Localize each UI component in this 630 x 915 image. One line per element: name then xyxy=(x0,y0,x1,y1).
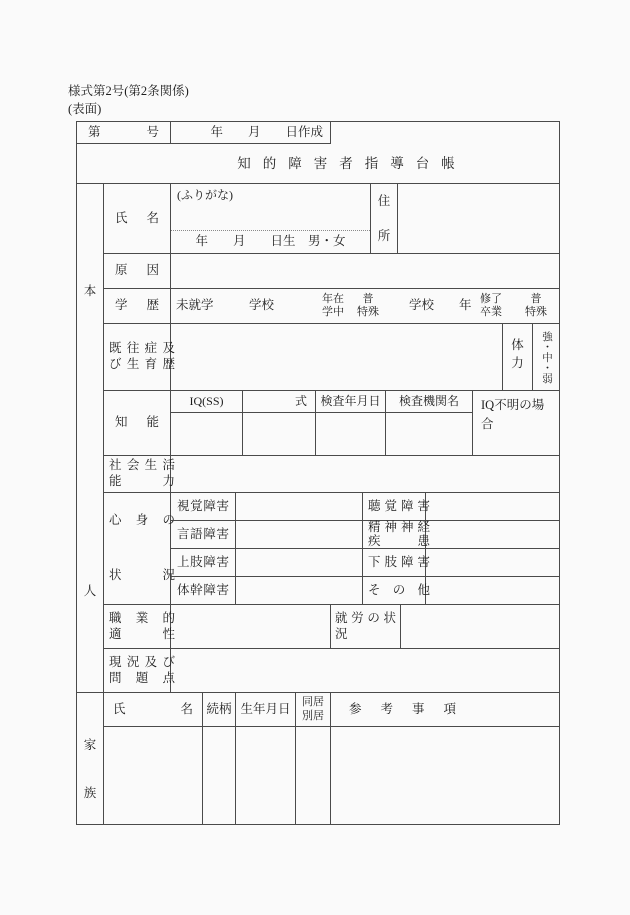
cause-cell xyxy=(171,254,559,289)
condition-row-label: 下肢障害 xyxy=(363,549,426,577)
education-item-line: 卒業 xyxy=(480,306,502,319)
intelligence-label: 知能 xyxy=(104,391,171,456)
condition-cell xyxy=(426,521,559,549)
stamina-scale-text: 強・中・弱 xyxy=(534,331,558,384)
condition-cell xyxy=(236,521,363,549)
employment-status-cell xyxy=(401,605,559,649)
person-char-2: 人 xyxy=(84,584,97,600)
condition-cell xyxy=(426,493,559,521)
vocational-label-line: 適性 xyxy=(104,627,180,643)
social-ability-line: 社会生活 xyxy=(104,458,180,474)
current-status-line: 現況及び xyxy=(104,655,180,671)
family-birth-header-text: 生年月日 xyxy=(240,702,290,718)
education-item: 普 特殊 xyxy=(525,293,547,319)
address-char-2: 所 xyxy=(378,229,391,245)
condition-row-label: 上肢障害 xyxy=(171,549,236,577)
family-section-label: 家 族 xyxy=(77,693,104,824)
education-item-line: 特殊 xyxy=(525,306,547,319)
current-status-cell xyxy=(171,649,559,693)
condition-row-label: 聴覚障害 xyxy=(363,493,426,521)
condition-row-label-text: 疾患 xyxy=(363,535,435,549)
iq-column-header: IQ(SS) xyxy=(171,391,243,413)
vocational-label: 職業的 適性 xyxy=(104,605,171,649)
education-item-line: 年在 xyxy=(322,293,344,306)
condition-cell xyxy=(236,549,363,577)
social-ability-cell xyxy=(171,456,559,493)
social-ability-line: 能力 xyxy=(104,474,180,490)
condition-row-label-text: その他 xyxy=(363,584,435,598)
family-remarks-header: 参考事項 xyxy=(331,693,559,727)
history-label-line: び生育歴 xyxy=(104,357,180,373)
form-page: { "page": { "form_label": "様式第2号(第2条関係)"… xyxy=(0,0,630,915)
condition-row-label-text: 精神神経 xyxy=(363,521,435,535)
education-item: 年在 学中 xyxy=(322,293,344,319)
education-cell: 未就学 学校 年在 学中 普 特殊 学校 年 修了 卒業 普 特殊 xyxy=(171,289,559,324)
creation-date-cell: 年 月 日作成 xyxy=(171,122,331,144)
family-living-line: 同居 xyxy=(296,696,330,709)
condition-label-line: 状況 xyxy=(104,568,180,584)
education-item-line: 修了 xyxy=(480,293,502,306)
education-item: 年 xyxy=(459,298,472,314)
stamina-scale: 強・中・弱 xyxy=(533,324,559,391)
vocational-cell xyxy=(171,605,331,649)
current-status-line: 問題点 xyxy=(104,671,180,687)
doc-number-cell: 第 号 xyxy=(77,122,171,144)
furigana-hint: (ふりがな) xyxy=(171,184,370,231)
family-living-cell xyxy=(296,727,331,824)
test-method-cell xyxy=(243,413,316,456)
person-section-label: 本 人 xyxy=(77,184,104,693)
education-label: 学歴 xyxy=(104,289,171,324)
condition-row-label: 言語障害 xyxy=(171,521,236,549)
education-item: 修了 卒業 xyxy=(480,293,502,319)
family-living-line: 別居 xyxy=(296,710,330,723)
social-ability-label: 社会生活 能力 xyxy=(104,456,171,493)
cause-label: 原因 xyxy=(104,254,171,289)
condition-cell xyxy=(426,549,559,577)
address-label: 住 所 xyxy=(371,184,398,254)
front-side-note: (表面) xyxy=(68,102,101,118)
condition-row-label-text: 視覚障害 xyxy=(171,499,235,515)
condition-row-label-text: 聴覚障害 xyxy=(363,500,435,514)
education-item: 学校 xyxy=(249,298,274,314)
history-cell xyxy=(171,324,503,391)
address-cell xyxy=(398,184,559,254)
condition-row-label-text: 上肢障害 xyxy=(171,555,235,571)
test-date-cell xyxy=(316,413,386,456)
stamina-char-1: 体 xyxy=(511,338,524,354)
stamina-label: 体 力 xyxy=(503,324,533,391)
name-cell: (ふりがな) 年 月 日生 男・女 xyxy=(171,184,371,254)
education-item-line: 普 xyxy=(357,293,379,306)
cause-label-text: 原因 xyxy=(104,263,170,279)
family-living-header: 同居 別居 xyxy=(296,693,331,727)
doc-number-suffix: 号 xyxy=(146,125,159,141)
stamina-char-2: 力 xyxy=(511,356,524,372)
history-label: 既往症及 び生育歴 xyxy=(104,324,171,391)
birth-gender-line: 年 月 日生 男・女 xyxy=(171,231,370,253)
test-org-header: 検査機関名 xyxy=(386,391,473,413)
condition-cell xyxy=(236,577,363,605)
iq-unknown-text: IQ不明の場合 xyxy=(481,396,545,434)
education-item: 未就学 xyxy=(176,298,214,314)
vocational-label-line: 職業的 xyxy=(104,611,180,627)
test-date-header: 検査年月日 xyxy=(316,391,386,413)
form-title: 知的障害者指導台帳 xyxy=(77,144,559,184)
iq-unknown-cell: IQ不明の場合 xyxy=(473,391,559,456)
family-remarks-cell xyxy=(331,727,559,824)
test-method-header: 式 xyxy=(243,391,316,413)
history-label-line: 既往症及 xyxy=(104,341,180,357)
employment-status-text: 就労の状況 xyxy=(331,611,400,642)
family-name-header: 氏名 xyxy=(104,693,203,727)
family-char-2: 族 xyxy=(84,786,97,802)
iq-value-cell xyxy=(171,413,243,456)
education-label-text: 学歴 xyxy=(104,298,170,314)
condition-label: 心身の 状況 xyxy=(104,493,171,605)
condition-row-label: 体幹障害 xyxy=(171,577,236,605)
condition-row-label: その他 xyxy=(363,577,426,605)
education-item: 普 特殊 xyxy=(357,293,379,319)
education-item-line: 普 xyxy=(525,293,547,306)
doc-number-prefix: 第 xyxy=(88,125,101,141)
current-status-label: 現況及び 問題点 xyxy=(104,649,171,693)
education-item-line: 学中 xyxy=(322,306,344,319)
family-name-cell xyxy=(104,727,203,824)
family-relation-header-text: 続柄 xyxy=(206,702,231,718)
education-item: 学校 xyxy=(409,298,434,314)
condition-row-label-text: 体幹障害 xyxy=(171,583,235,599)
condition-label-line: 心身の xyxy=(104,513,180,529)
condition-cell xyxy=(426,577,559,605)
name-label: 氏名 xyxy=(104,184,171,254)
test-org-cell xyxy=(386,413,473,456)
family-birth-header: 生年月日 xyxy=(236,693,296,727)
form-number-note: 様式第2号(第2条関係) xyxy=(68,84,189,100)
condition-row-label-text: 下肢障害 xyxy=(363,556,435,570)
family-char-1: 家 xyxy=(84,738,97,754)
intelligence-label-text: 知能 xyxy=(104,415,170,431)
condition-row-label: 精神神経疾患 xyxy=(363,521,426,549)
condition-row-label-text: 言語障害 xyxy=(171,527,235,543)
family-birth-cell xyxy=(236,727,296,824)
person-char-1: 本 xyxy=(84,284,97,300)
employment-status-label: 就労の状況 xyxy=(331,605,401,649)
header-blank-cell xyxy=(331,122,559,144)
condition-row-label: 視覚障害 xyxy=(171,493,236,521)
condition-cell xyxy=(236,493,363,521)
family-relation-header: 続柄 xyxy=(203,693,236,727)
address-char-1: 住 xyxy=(378,194,391,210)
education-item-line: 特殊 xyxy=(357,306,379,319)
family-relation-cell xyxy=(203,727,236,824)
family-name-header-text: 氏名 xyxy=(104,702,202,718)
name-label-text: 氏名 xyxy=(104,211,170,227)
form-table: 第 号 年 月 日作成 知的障害者指導台帳 本 人 氏名 (ふりがな) 年 月 … xyxy=(76,121,560,825)
